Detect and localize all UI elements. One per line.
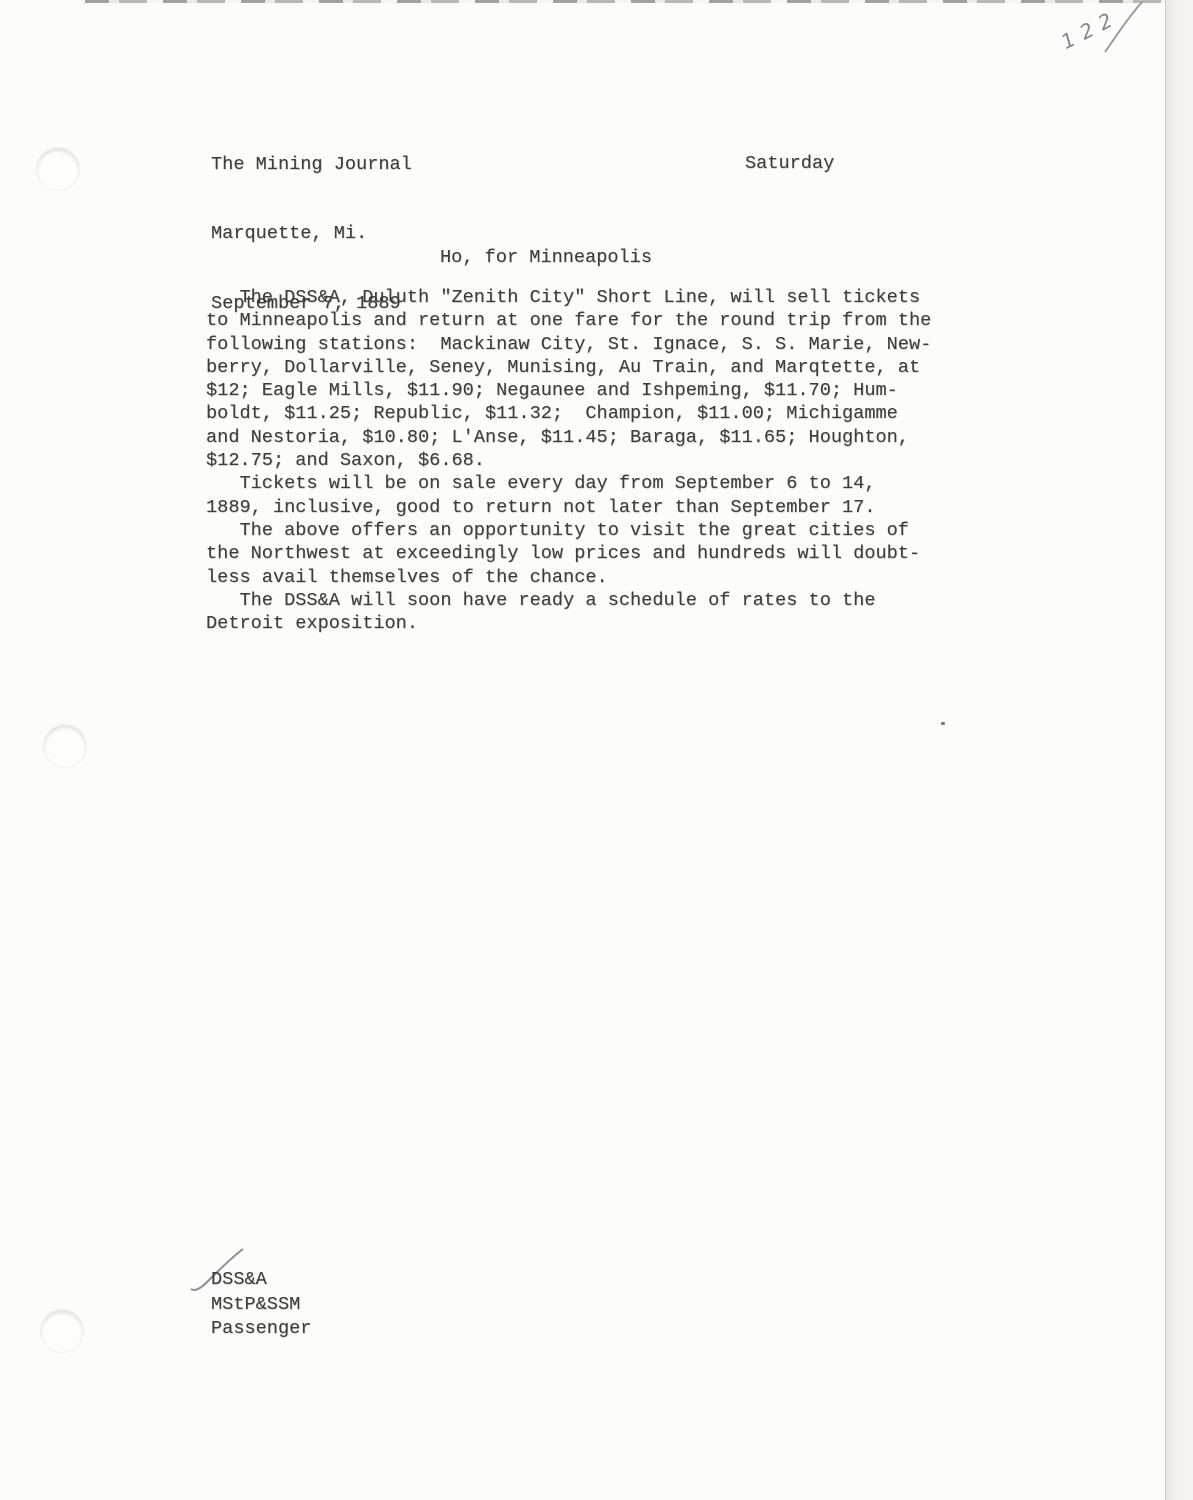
pencil-flourish-stroke xyxy=(1060,0,1180,110)
punch-hole xyxy=(36,147,80,191)
scan-speck xyxy=(941,722,945,725)
article-headline: Ho, for Minneapolis xyxy=(440,246,652,269)
day-of-week: Saturday xyxy=(745,152,834,175)
punch-hole xyxy=(40,1309,84,1353)
scan-edge-artifact xyxy=(85,0,1193,3)
article-body: The DSS&A, Duluth "Zenith City" Short Li… xyxy=(206,286,931,635)
page-edge-shadow xyxy=(1165,0,1193,1500)
scanned-document-page: 122 The Mining Journal Marquette, Mi. Se… xyxy=(0,0,1193,1500)
publication-location: Marquette, Mi. xyxy=(211,222,412,245)
publication-title: The Mining Journal xyxy=(211,153,412,176)
archival-index-notation: DSS&A MStP&SSM Passenger xyxy=(211,1268,311,1342)
punch-hole xyxy=(43,724,87,768)
